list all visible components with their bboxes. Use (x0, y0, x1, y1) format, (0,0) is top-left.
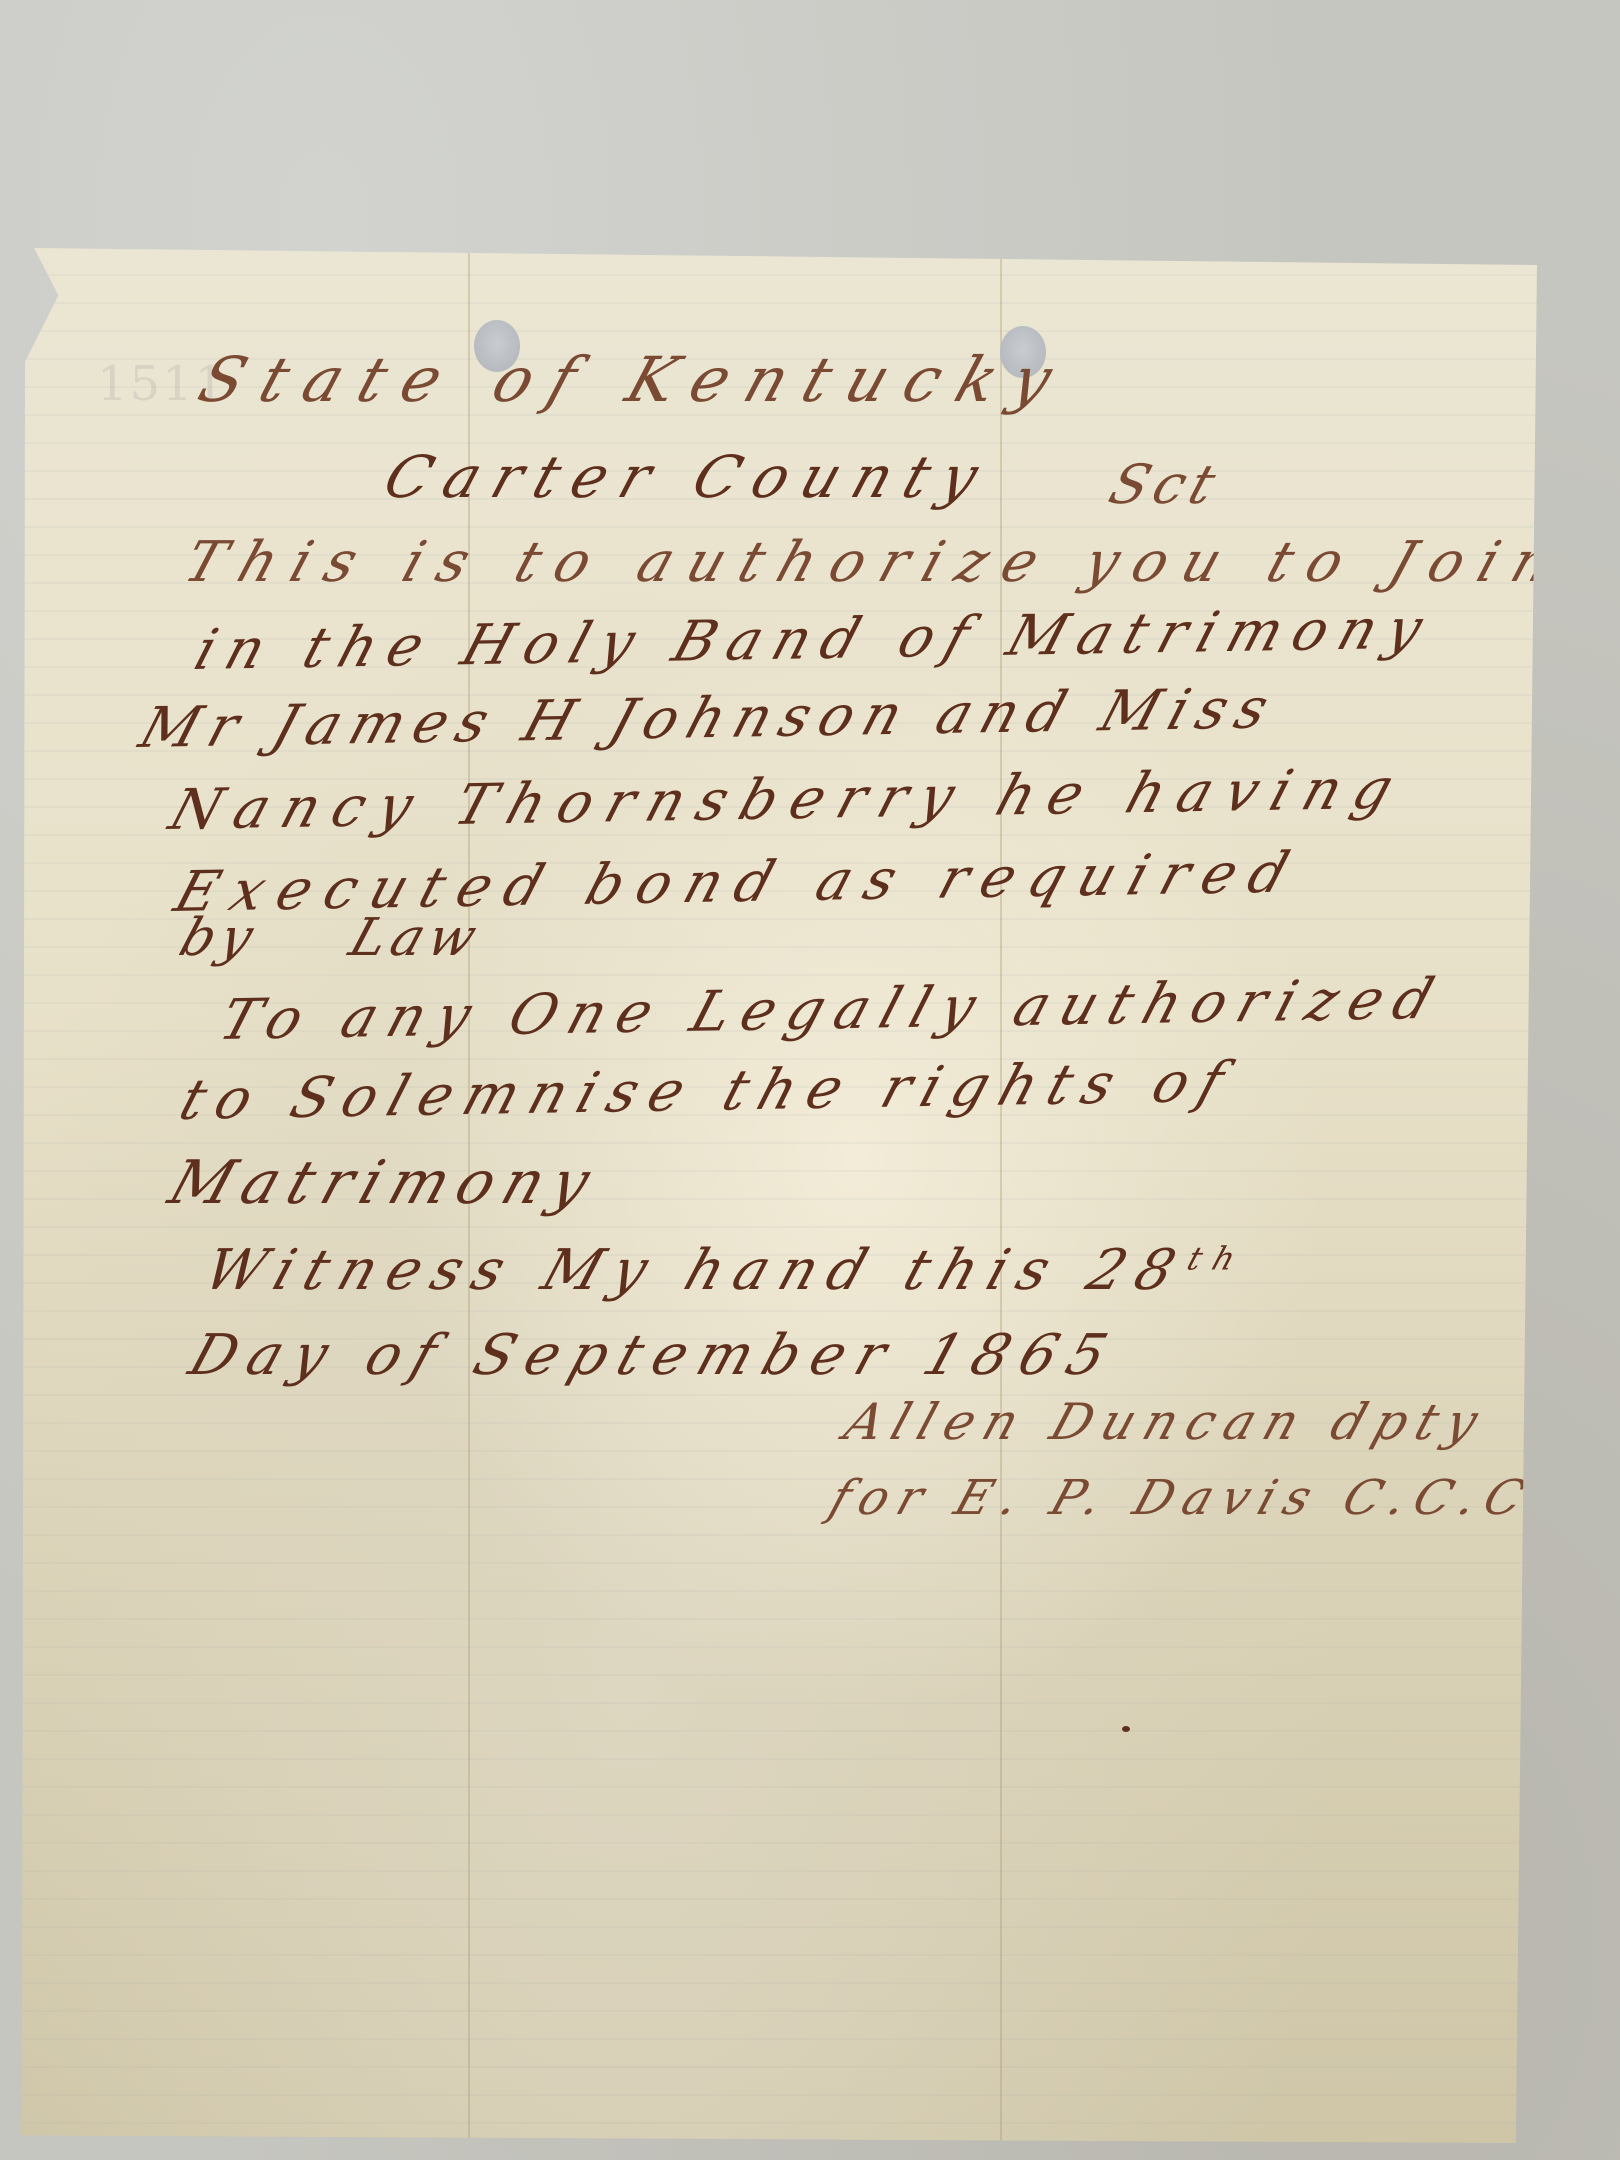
signature-line-1: Allen Duncan dpty (838, 1393, 1495, 1451)
witness-text: Witness My hand this 28 (196, 1238, 1195, 1303)
body-line-9: Matrimony (161, 1148, 608, 1218)
ink-spot (1122, 1726, 1130, 1732)
body-line-1: This is to authorize you to Join (176, 530, 1576, 595)
body-line-3: Mr James H Johnson and Miss (132, 676, 1286, 761)
body-line-8: to Solemnise the rights of (172, 1050, 1243, 1133)
body-line-5: Executed bond as required (167, 841, 1310, 925)
signature-line-2: for E. P. Davis C.C.C.C. (823, 1470, 1620, 1526)
body-line-2: in the Holy Band of Matrimony (187, 597, 1442, 683)
body-line-6-law: Law (342, 908, 490, 968)
heading-scilicet: Sct (1102, 453, 1229, 516)
document-paper: 1511 State of Kentucky Carter County Sct… (22, 248, 1537, 2143)
body-line-11: Day of September 1865 (181, 1323, 1126, 1388)
date-ordinal: th (1182, 1239, 1252, 1277)
heading-state: State of Kentucky (190, 343, 1079, 416)
body-line-10: Witness My hand this 28th (196, 1238, 1252, 1303)
heading-county: Carter County (376, 443, 1001, 511)
body-line-4: Nancy Thornsberry he having (162, 757, 1415, 843)
body-line-7: To any One Legally authorized (212, 967, 1453, 1053)
